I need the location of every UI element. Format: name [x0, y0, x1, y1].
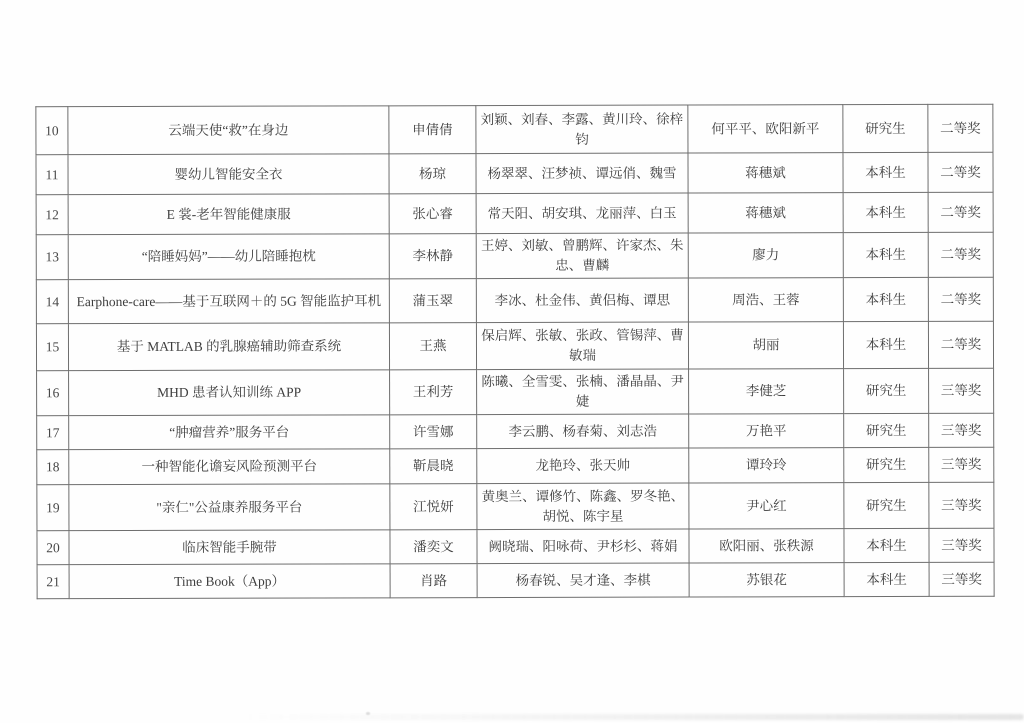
cell-row-number: 16	[37, 371, 69, 416]
cell-project-name: Time Book（App）	[69, 564, 390, 599]
cell-advisor-name: 万艳平	[689, 414, 844, 448]
cell-project-name: 一种智能化谵妄风险预测平台	[69, 449, 390, 485]
cell-advisor-name: 谭玲玲	[689, 448, 844, 483]
cell-award-level: 二等奖	[928, 152, 993, 192]
cell-project-name: 云端天使“救”在身边	[68, 106, 389, 155]
cell-leader-name: 杨琼	[389, 154, 476, 194]
table-row: 21Time Book（App）肖路杨春锐、吴才逢、李棋苏银花本科生三等奖	[37, 562, 994, 599]
table-row: 10云端天使“救”在身边申倩倩刘颖、刘春、李露、黄川玲、徐梓钧何平平、欧阳新平研…	[36, 104, 993, 155]
cell-team-members: 龙艳玲、张天帅	[477, 448, 689, 484]
cell-project-name: 基于 MATLAB 的乳腺癌辅助筛查系统	[68, 323, 389, 371]
cell-project-name: "亲仁"公益康养服务平台	[69, 484, 390, 531]
cell-advisor-name: 李健芝	[689, 369, 844, 414]
cell-project-name: 临床智能手腕带	[69, 530, 390, 565]
cell-team-members: 阙晓瑞、阳咏荷、尹杉杉、蒋娟	[477, 529, 689, 564]
cell-project-name: Earphone-care——基于互联网＋的 5G 智能监护耳机	[68, 279, 389, 324]
cell-row-number: 12	[36, 195, 68, 235]
cell-project-name: “陪睡妈妈”——幼儿陪睡抱枕	[68, 234, 389, 280]
cell-award-level: 二等奖	[928, 321, 993, 368]
table-row: 12E 裳-老年智能健康服张心睿常天阳、胡安琪、龙丽萍、白玉蒋穗斌本科生二等奖	[36, 192, 993, 235]
cell-team-members: 陈曦、全雪雯、张楠、潘晶晶、尹婕	[477, 369, 689, 415]
table-row: 20临床智能手腕带潘奕文阙晓瑞、阳咏荷、尹杉杉、蒋娟欧阳丽、张秩源本科生三等奖	[37, 528, 994, 565]
cell-leader-name: 肖路	[390, 564, 477, 598]
cell-team-members: 杨春锐、吴才逢、李棋	[477, 563, 689, 598]
award-results-table: 10云端天使“救”在身边申倩倩刘颖、刘春、李露、黄川玲、徐梓钧何平平、欧阳新平研…	[35, 104, 994, 600]
cell-student-category: 本科生	[844, 528, 929, 562]
cell-team-members: 刘颖、刘春、李露、黄川玲、徐梓钧	[476, 105, 688, 154]
cell-team-members: 保启辉、张敏、张政、管锡萍、曹敏瑞	[476, 322, 688, 370]
cell-row-number: 11	[36, 155, 68, 195]
cell-row-number: 15	[36, 324, 68, 371]
cell-student-category: 本科生	[843, 152, 928, 192]
cell-row-number: 20	[37, 531, 69, 565]
scanned-document-page: 10云端天使“救”在身边申倩倩刘颖、刘春、李露、黄川玲、徐梓钧何平平、欧阳新平研…	[0, 0, 1024, 723]
cell-leader-name: 潘奕文	[390, 530, 477, 564]
cell-leader-name: 许雪娜	[390, 415, 477, 449]
cell-team-members: 黄奥兰、谭修竹、陈鑫、罗冬艳、胡悦、陈宇星	[477, 483, 689, 530]
cell-student-category: 本科生	[844, 562, 929, 596]
table-row: 19"亲仁"公益康养服务平台江悦妍黄奥兰、谭修竹、陈鑫、罗冬艳、胡悦、陈宇星尹心…	[37, 482, 994, 531]
cell-project-name: 婴幼儿智能安全衣	[68, 154, 389, 195]
cell-team-members: 李云鹏、杨春菊、刘志浩	[477, 414, 689, 449]
table-row: 16MHD 患者认知训练 APP王利芳陈曦、全雪雯、张楠、潘晶晶、尹婕李健芝研究…	[37, 368, 994, 416]
cell-leader-name: 王燕	[389, 323, 476, 370]
scan-edge-artifact	[244, 714, 1024, 720]
cell-award-level: 三等奖	[929, 447, 994, 482]
cell-leader-name: 李林静	[389, 234, 476, 279]
cell-award-level: 三等奖	[929, 528, 994, 562]
cell-advisor-name: 胡丽	[688, 322, 843, 369]
cell-award-level: 三等奖	[929, 413, 994, 447]
cell-leader-name: 靳晨晓	[390, 449, 477, 484]
cell-student-category: 研究生	[843, 104, 928, 152]
cell-advisor-name: 欧阳丽、张秩源	[689, 529, 844, 563]
cell-advisor-name: 尹心红	[689, 483, 844, 529]
cell-project-name: MHD 患者认知训练 APP	[69, 370, 390, 416]
cell-row-number: 19	[37, 485, 69, 531]
cell-student-category: 本科生	[843, 192, 928, 232]
cell-student-category: 研究生	[844, 482, 929, 528]
cell-advisor-name: 蒋穗斌	[688, 193, 843, 233]
cell-student-category: 本科生	[843, 232, 928, 277]
cell-row-number: 13	[36, 235, 68, 280]
cell-student-category: 研究生	[844, 413, 929, 447]
table-row: 14Earphone-care——基于互联网＋的 5G 智能监护耳机蒲玉翠李冰、…	[36, 277, 993, 324]
cell-leader-name: 申倩倩	[389, 106, 476, 154]
cell-advisor-name: 蒋穗斌	[688, 153, 843, 193]
cell-row-number: 17	[37, 416, 69, 450]
award-table-body: 10云端天使“救”在身边申倩倩刘颖、刘春、李露、黄川玲、徐梓钧何平平、欧阳新平研…	[36, 104, 994, 599]
table-row: 15基于 MATLAB 的乳腺癌辅助筛查系统王燕保启辉、张敏、张政、管锡萍、曹敏…	[36, 321, 993, 371]
cell-leader-name: 张心睿	[389, 194, 476, 234]
cell-student-category: 研究生	[844, 368, 929, 413]
cell-student-category: 本科生	[843, 277, 928, 321]
cell-advisor-name: 廖力	[688, 233, 843, 278]
table-row: 13“陪睡妈妈”——幼儿陪睡抱枕李林静王婷、刘敏、曾鹏辉、许家杰、朱忠、曹麟廖力…	[36, 232, 993, 280]
table-row: 18一种智能化谵妄风险预测平台靳晨晓龙艳玲、张天帅谭玲玲研究生三等奖	[37, 447, 994, 485]
cell-student-category: 研究生	[844, 447, 929, 482]
cell-student-category: 本科生	[843, 321, 928, 368]
cell-award-level: 三等奖	[929, 482, 994, 528]
cell-advisor-name: 苏银花	[689, 563, 844, 597]
cell-advisor-name: 何平平、欧阳新平	[688, 105, 843, 153]
cell-leader-name: 王利芳	[390, 370, 477, 415]
table-row: 17“肿瘤营养”服务平台许雪娜李云鹏、杨春菊、刘志浩万艳平研究生三等奖	[37, 413, 994, 450]
cell-team-members: 李冰、杜金伟、黄侣梅、谭思	[476, 278, 688, 323]
cell-award-level: 三等奖	[929, 368, 994, 413]
cell-award-level: 二等奖	[928, 232, 993, 277]
table-row: 11婴幼儿智能安全衣杨琼杨翠翠、汪梦祯、谭远俏、魏雪蒋穗斌本科生二等奖	[36, 152, 993, 195]
cell-project-name: “肿瘤营养”服务平台	[69, 415, 390, 450]
cell-award-level: 二等奖	[928, 104, 993, 152]
cell-award-level: 二等奖	[928, 192, 993, 232]
cell-project-name: E 裳-老年智能健康服	[68, 194, 389, 235]
cell-row-number: 21	[37, 565, 69, 599]
cell-team-members: 常天阳、胡安琪、龙丽萍、白玉	[476, 193, 688, 234]
cell-team-members: 王婷、刘敏、曾鹏辉、许家杰、朱忠、曹麟	[476, 233, 688, 279]
cell-leader-name: 蒲玉翠	[389, 279, 476, 323]
cell-row-number: 18	[37, 450, 69, 485]
scan-speck-artifact	[366, 712, 370, 715]
cell-advisor-name: 周浩、王蓉	[688, 278, 843, 322]
cell-award-level: 三等奖	[929, 562, 994, 596]
cell-leader-name: 江悦妍	[390, 484, 477, 530]
cell-row-number: 14	[36, 280, 68, 324]
cell-award-level: 二等奖	[928, 277, 993, 321]
cell-team-members: 杨翠翠、汪梦祯、谭远俏、魏雪	[476, 153, 688, 194]
cell-row-number: 10	[36, 107, 68, 155]
